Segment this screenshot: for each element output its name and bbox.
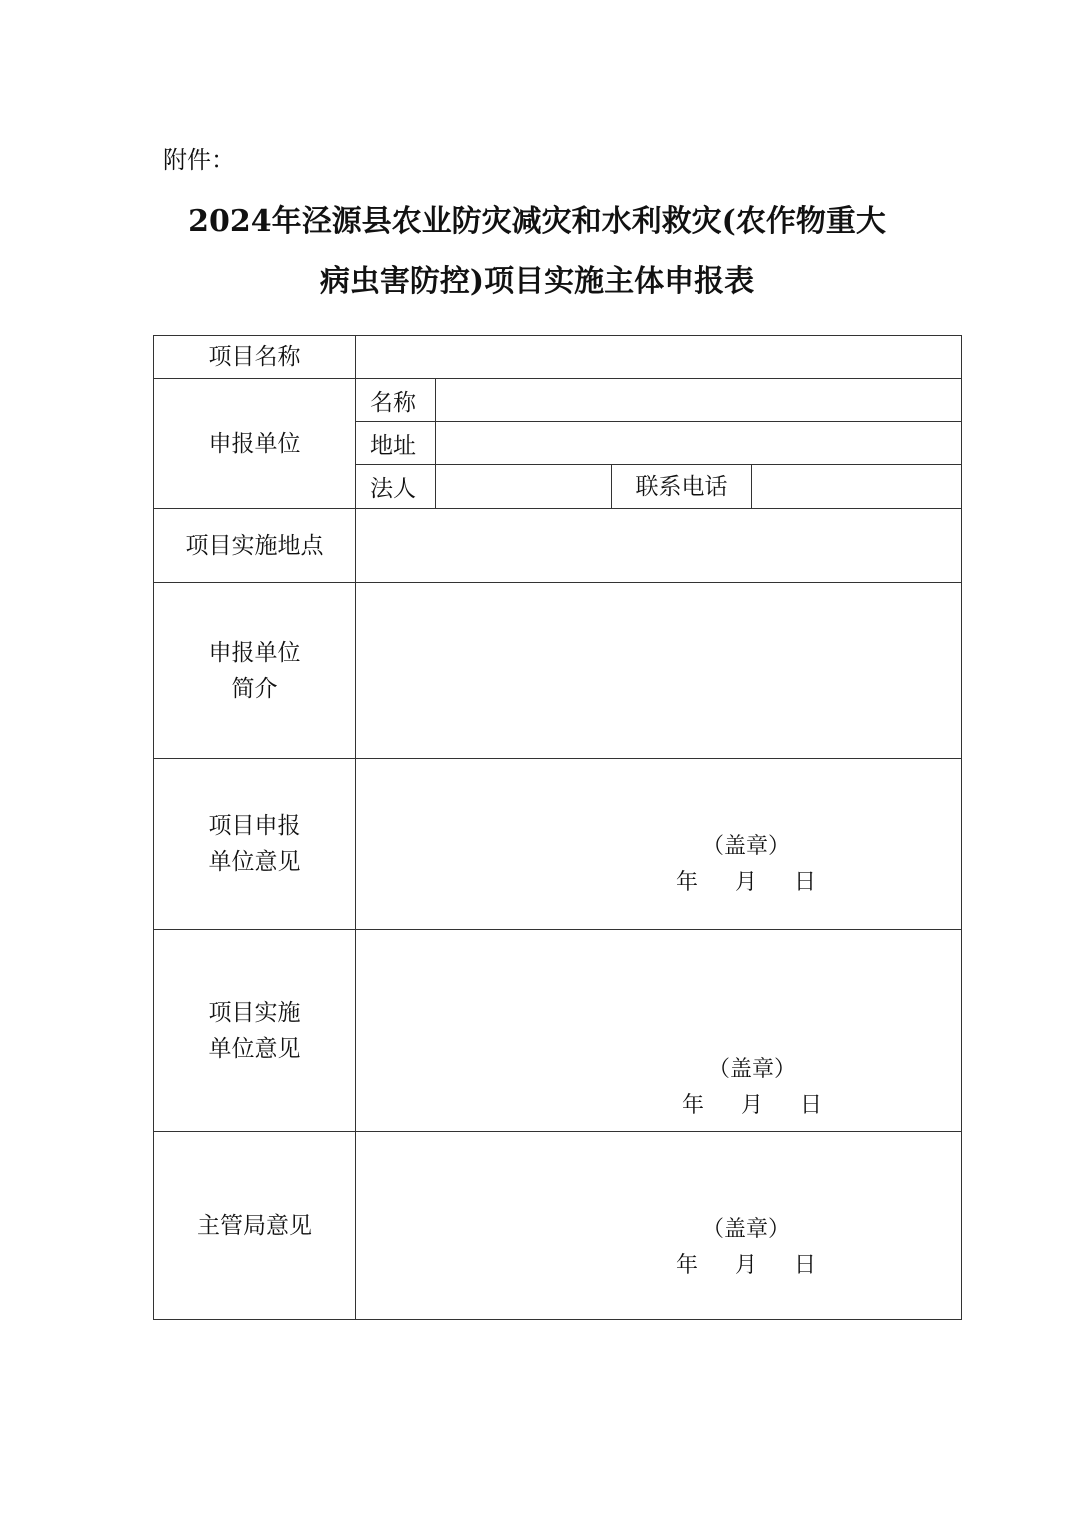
applicant-name-field[interactable] — [436, 379, 962, 422]
implementer-opinion-field[interactable]: （盖章） 年 月 日 — [356, 930, 962, 1132]
intro-label: 申报单位 简介 — [154, 583, 356, 759]
location-field[interactable] — [356, 509, 962, 583]
document-title-line-1: 2024年泾源县农业防灾减灾和水利救灾(农作物重大 — [150, 196, 924, 240]
applicant-label: 申报单位 — [154, 379, 356, 509]
application-form-table: 项目名称 申报单位 名称 地址 法人 联系电话 项目实施地点 申报单位 简介 项… — [153, 335, 962, 1320]
applicant-address-label: 地址 — [356, 422, 436, 465]
intro-field[interactable] — [356, 583, 962, 759]
applicant-address-field[interactable] — [436, 422, 962, 465]
location-label: 项目实施地点 — [154, 509, 356, 583]
date-text: 年 月 日 — [602, 1088, 902, 1119]
annex-label: 附件： — [163, 140, 235, 175]
document-title-line-2: 病虫害防控)项目实施主体申报表 — [150, 256, 924, 300]
implementer-opinion-label-line-2: 单位意见 — [154, 1031, 355, 1067]
applicant-opinion-label: 项目申报 单位意见 — [154, 759, 356, 930]
applicant-opinion-label-line-2: 单位意见 — [154, 844, 355, 880]
intro-label-line-2: 简介 — [154, 671, 355, 707]
phone-field[interactable] — [752, 465, 962, 509]
authority-opinion-label: 主管局意见 — [154, 1132, 356, 1320]
date-text: 年 月 日 — [596, 865, 896, 896]
seal-text: （盖章） — [596, 1212, 896, 1243]
date-text: 年 月 日 — [596, 1248, 896, 1279]
applicant-opinion-label-line-1: 项目申报 — [154, 808, 355, 844]
legal-person-field[interactable] — [436, 465, 612, 509]
applicant-opinion-field[interactable]: （盖章） 年 月 日 — [356, 759, 962, 930]
project-name-label: 项目名称 — [154, 336, 356, 379]
seal-text: （盖章） — [596, 829, 896, 860]
intro-label-line-1: 申报单位 — [154, 635, 355, 671]
applicant-name-label: 名称 — [356, 379, 436, 422]
legal-person-label: 法人 — [356, 465, 436, 509]
implementer-opinion-label: 项目实施 单位意见 — [154, 930, 356, 1132]
seal-text: （盖章） — [602, 1052, 902, 1083]
authority-opinion-field[interactable]: （盖章） 年 月 日 — [356, 1132, 962, 1320]
implementer-opinion-label-line-1: 项目实施 — [154, 995, 355, 1031]
project-name-field[interactable] — [356, 336, 962, 379]
phone-label: 联系电话 — [612, 465, 752, 509]
